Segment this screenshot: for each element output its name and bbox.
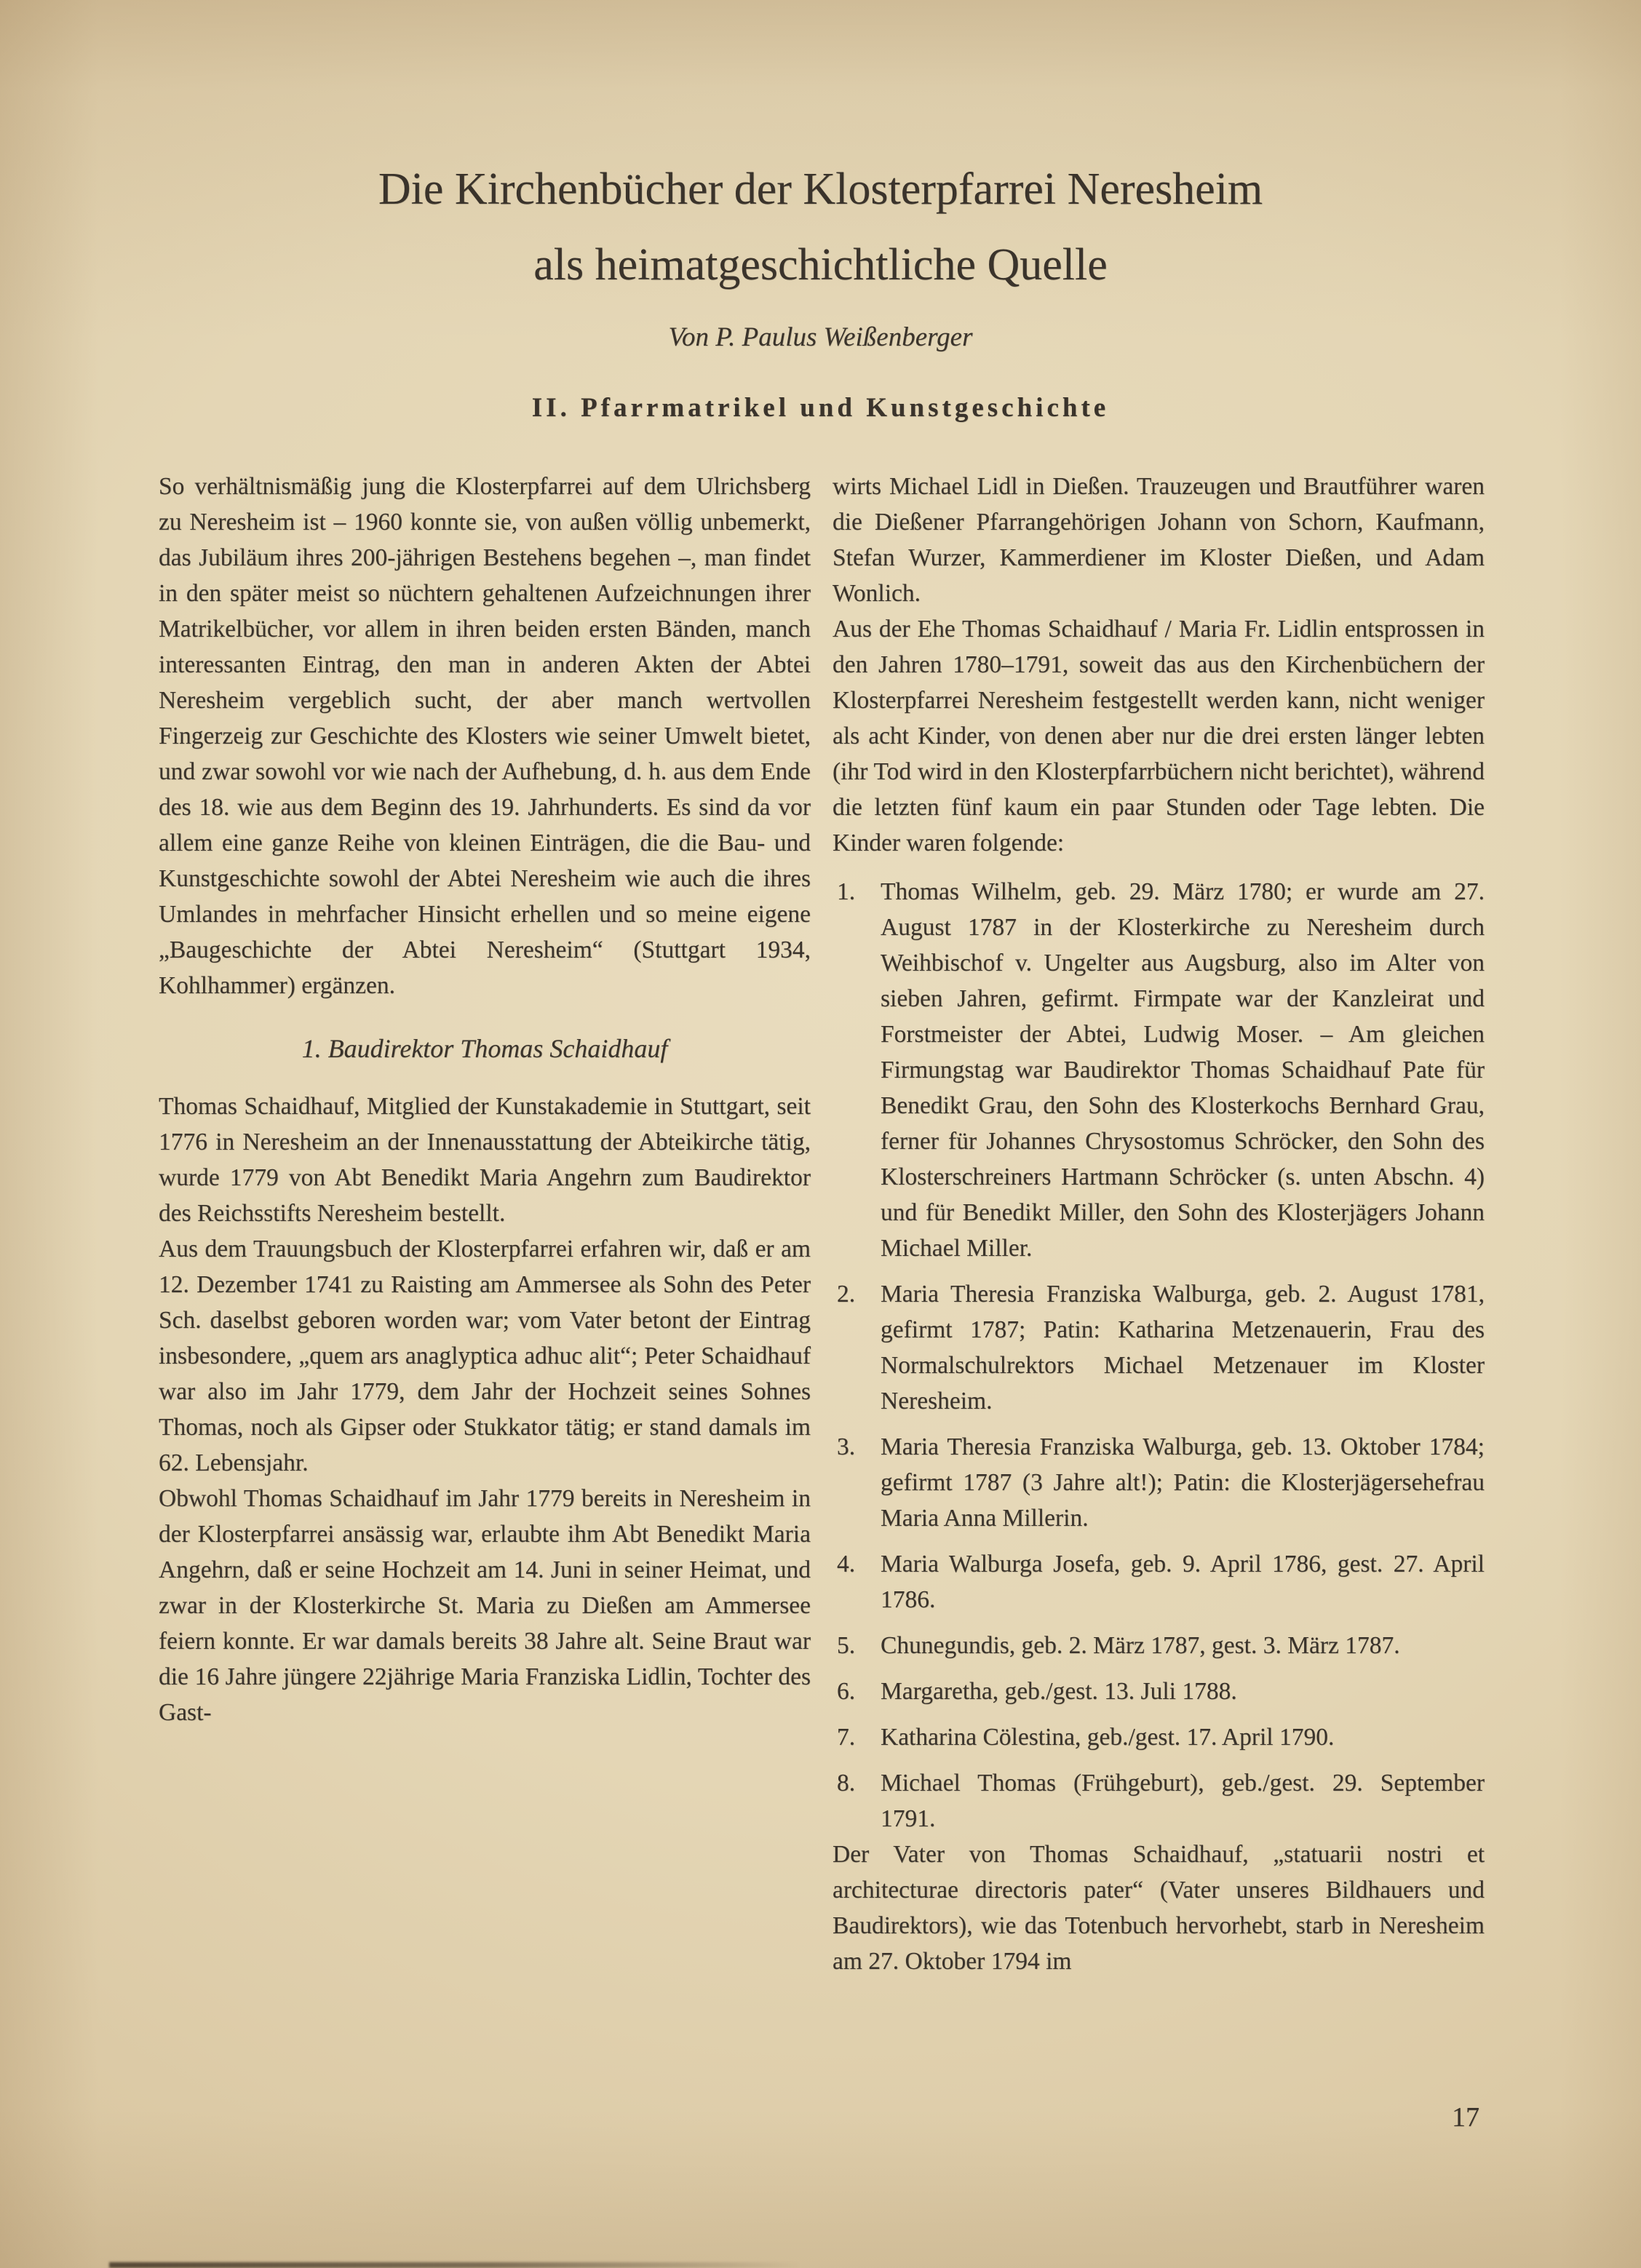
list-item: 6. Margaretha, geb./gest. 13. Juli 1788.: [833, 1674, 1485, 1709]
page-number: 17: [1452, 2101, 1479, 2133]
list-item: 7. Katharina Cölestina, geb./gest. 17. A…: [833, 1719, 1485, 1755]
right-column: wirts Michael Lidl in Dießen. Trauzeugen…: [833, 469, 1485, 1979]
list-item-number: 2.: [837, 1276, 855, 1312]
list-item-number: 4.: [837, 1546, 855, 1582]
article-title: Die Kirchenbücher der Klosterpfarrei Ner…: [0, 0, 1641, 303]
left-column: So verhältnismäßig jung die Klosterpfarr…: [159, 469, 811, 1979]
list-item-text: Maria Theresia Franziska Walburga, geb. …: [881, 1433, 1485, 1532]
two-column-text-block: So verhältnismäßig jung die Klosterpfarr…: [0, 469, 1641, 1979]
left-paragraph-2: Thomas Schaidhauf, Mitglied der Kunstaka…: [159, 1089, 811, 1231]
list-item-number: 8.: [837, 1765, 855, 1801]
list-item-text: Margaretha, geb./gest. 13. Juli 1788.: [881, 1678, 1237, 1705]
list-item-text: Katharina Cölestina, geb./gest. 17. Apri…: [881, 1724, 1334, 1751]
article-title-line1: Die Kirchenbücher der Klosterpfarrei Ner…: [0, 151, 1641, 227]
list-item-text: Maria Theresia Franziska Walburga, geb. …: [881, 1281, 1485, 1414]
author-byline: Von P. Paulus Weißenberger: [0, 322, 1641, 353]
list-item: 5. Chunegundis, geb. 2. März 1787, gest.…: [833, 1628, 1485, 1663]
left-paragraph-3: Aus dem Trauungsbuch der Klosterpfarrei …: [159, 1231, 811, 1481]
scanned-document-page: Die Kirchenbücher der Klosterpfarrei Ner…: [0, 0, 1641, 2268]
list-item-number: 1.: [837, 874, 855, 910]
page-bottom-shadow: [109, 2262, 800, 2268]
list-item: 4. Maria Walburga Josefa, geb. 9. April …: [833, 1546, 1485, 1618]
list-item-text: Thomas Wilhelm, geb. 29. März 1780; er w…: [881, 878, 1485, 1262]
list-item: 2. Maria Theresia Franziska Walburga, ge…: [833, 1276, 1485, 1419]
right-paragraph-2: Aus der Ehe Thomas Schaidhauf / Maria Fr…: [833, 611, 1485, 861]
article-title-line2: als heimatgeschichtliche Quelle: [0, 227, 1641, 303]
list-item-text: Maria Walburga Josefa, geb. 9. April 178…: [881, 1551, 1485, 1613]
list-item-number: 5.: [837, 1628, 855, 1663]
left-paragraph-1: So verhältnismäßig jung die Klosterpfarr…: [159, 469, 811, 1003]
section-heading: II. Pfarrmatrikel und Kunstgeschichte: [0, 392, 1641, 423]
list-item-number: 6.: [837, 1674, 855, 1709]
list-item-text: Chunegundis, geb. 2. März 1787, gest. 3.…: [881, 1632, 1400, 1659]
subsection-heading: 1. Baudirektor Thomas Schaidhauf: [159, 1031, 811, 1067]
list-item: 3. Maria Theresia Franziska Walburga, ge…: [833, 1429, 1485, 1536]
right-paragraph-1: wirts Michael Lidl in Dießen. Trauzeugen…: [833, 469, 1485, 611]
list-item: 1. Thomas Wilhelm, geb. 29. März 1780; e…: [833, 874, 1485, 1266]
left-paragraph-4: Obwohl Thomas Schaidhauf im Jahr 1779 be…: [159, 1481, 811, 1730]
list-item-text: Michael Thomas (Frühgeburt), geb./gest. …: [881, 1770, 1485, 1832]
list-item: 8. Michael Thomas (Frühgeburt), geb./ges…: [833, 1765, 1485, 1837]
children-list: 1. Thomas Wilhelm, geb. 29. März 1780; e…: [833, 874, 1485, 1837]
right-closing-paragraph: Der Vater von Thomas Schaidhauf, „statua…: [833, 1837, 1485, 1979]
list-item-number: 3.: [837, 1429, 855, 1465]
list-item-number: 7.: [837, 1719, 855, 1755]
